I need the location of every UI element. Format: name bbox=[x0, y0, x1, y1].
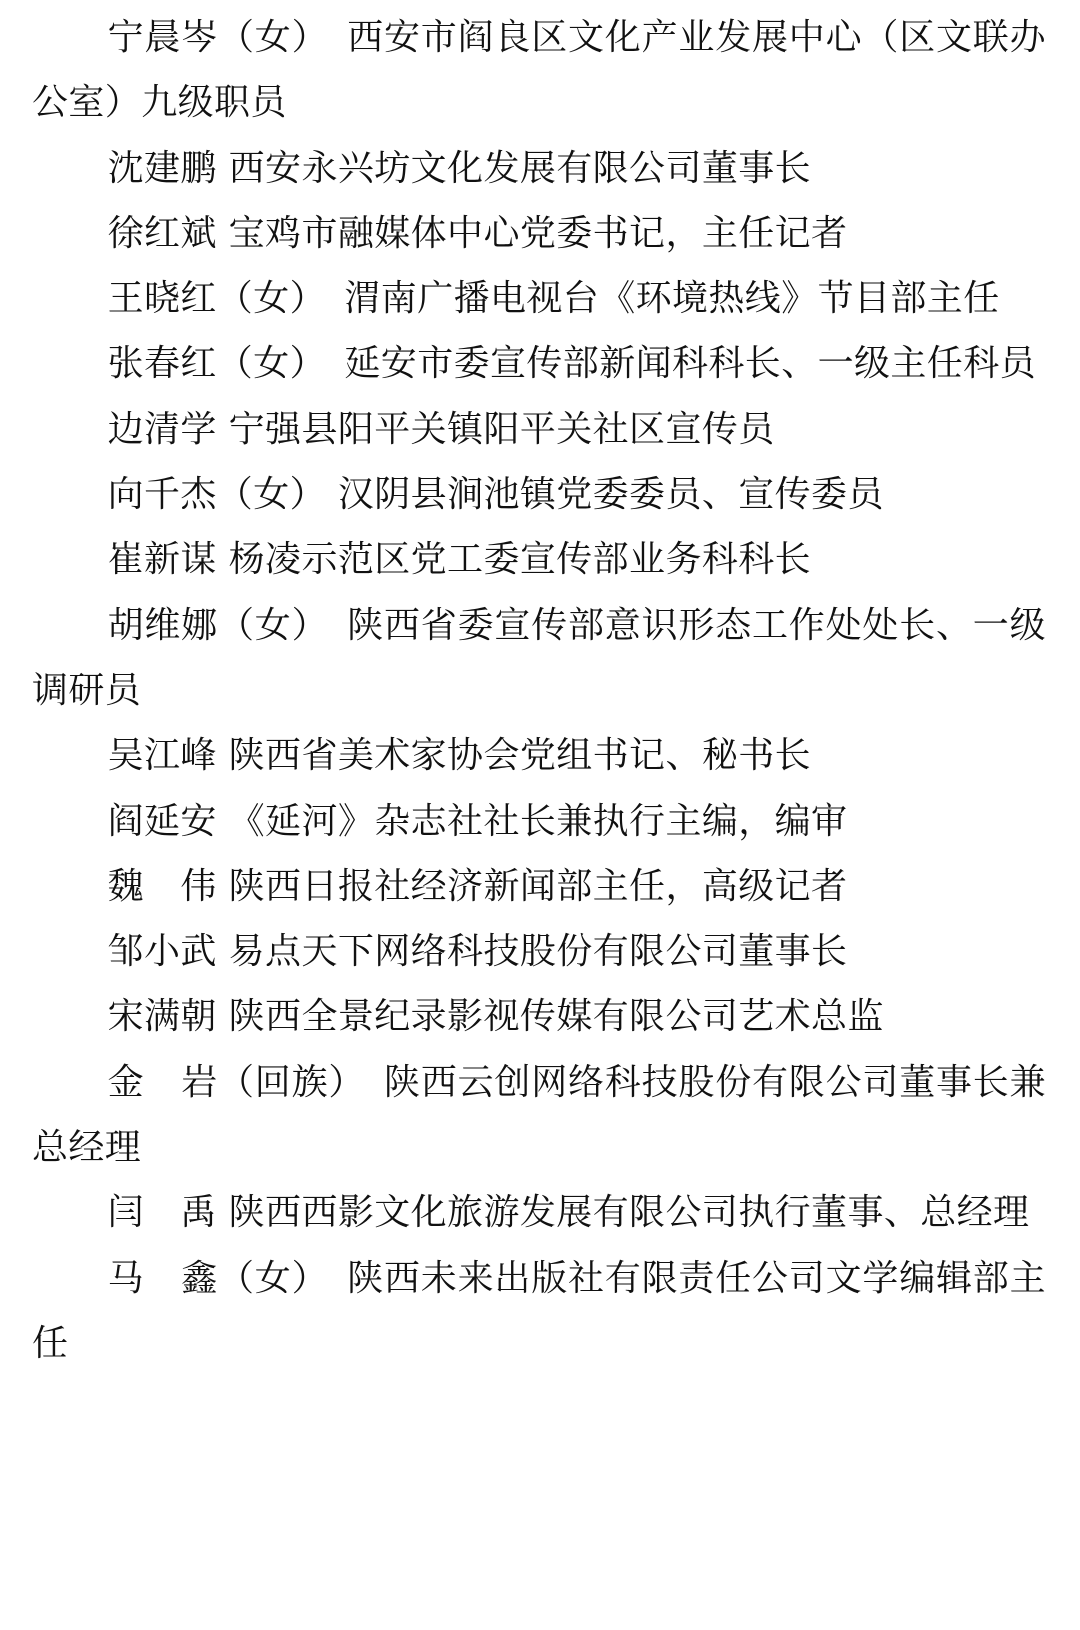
person-name: 崔新谋 bbox=[108, 539, 217, 580]
list-item: 徐红斌 宝鸡市融媒体中心党委书记，主任记者 bbox=[32, 201, 1046, 266]
person-name: 邹小武 bbox=[108, 931, 217, 972]
person-name: 阎延安 bbox=[108, 801, 217, 842]
list-item: 王晓红（女） 渭南广播电视台《环境热线》节目部主任 bbox=[32, 266, 1046, 331]
person-title: 汉阴县涧池镇党委委员、宣传委员 bbox=[338, 474, 884, 515]
separator bbox=[217, 866, 229, 907]
separator bbox=[310, 605, 347, 646]
person-name: 闫 禹 bbox=[108, 1192, 217, 1233]
document-body: 宁晨岑（女） 西安市阎良区文化产业发展中心（区文联办公室）九级职员 沈建鹏 西安… bbox=[0, 0, 1080, 1376]
list-item: 胡维娜（女） 陕西省委宣传部意识形态工作处处长、一级调研员 bbox=[32, 593, 1046, 724]
list-item: 吴江峰 陕西省美术家协会党组书记、秘书长 bbox=[32, 723, 1046, 788]
person-title: 陕西日报社经济新闻部主任，高级记者 bbox=[229, 866, 848, 907]
separator bbox=[217, 931, 229, 972]
list-item: 向千杰（女） 汉阴县涧池镇党委委员、宣传委员 bbox=[32, 462, 1046, 527]
separator bbox=[217, 801, 229, 842]
person-name: 金 岩（回族） bbox=[108, 1062, 348, 1103]
person-title: 杨凌示范区党工委宣传部业务科科长 bbox=[229, 539, 811, 580]
person-title: 宁强县阳平关镇阳平关社区宣传员 bbox=[229, 409, 775, 450]
separator bbox=[217, 539, 229, 580]
person-title: 陕西全景纪录影视传媒有限公司艺术总监 bbox=[229, 996, 884, 1037]
separator bbox=[217, 735, 229, 776]
person-name: 张春红（女） bbox=[108, 343, 308, 384]
list-item: 闫 禹 陕西西影文化旅游发展有限公司执行董事、总经理 bbox=[32, 1180, 1046, 1245]
person-title: 易点天下网络科技股份有限公司董事长 bbox=[229, 931, 848, 972]
person-title: 陕西省美术家协会党组书记、秘书长 bbox=[229, 735, 811, 776]
list-item: 沈建鹏 西安永兴坊文化发展有限公司董事长 bbox=[32, 136, 1046, 201]
list-item: 马 鑫（女） 陕西未来出版社有限责任公司文学编辑部主任 bbox=[32, 1246, 1046, 1377]
person-name: 魏 伟 bbox=[108, 866, 217, 907]
person-name: 王晓红（女） bbox=[108, 278, 308, 319]
list-item: 阎延安 《延河》杂志社社长兼执行主编，编审 bbox=[32, 789, 1046, 854]
person-title: 陕西西影文化旅游发展有限公司执行董事、总经理 bbox=[229, 1192, 1030, 1233]
person-title: 西安永兴坊文化发展有限公司董事长 bbox=[229, 148, 811, 189]
separator bbox=[217, 148, 229, 189]
separator bbox=[347, 1062, 384, 1103]
person-title: 渭南广播电视台《环境热线》节目部主任 bbox=[344, 278, 999, 319]
person-title: 延安市委宣传部新闻科科长、一级主任科员 bbox=[344, 343, 1036, 384]
list-item: 边清学 宁强县阳平关镇阳平关社区宣传员 bbox=[32, 397, 1046, 462]
list-item: 邹小武 易点天下网络科技股份有限公司董事长 bbox=[32, 919, 1046, 984]
person-name: 宋满朝 bbox=[108, 996, 217, 1037]
list-item: 张春红（女） 延安市委宣传部新闻科科长、一级主任科员 bbox=[32, 331, 1046, 396]
list-item: 宋满朝 陕西全景纪录影视传媒有限公司艺术总监 bbox=[32, 984, 1046, 1049]
list-item: 崔新谋 杨凌示范区党工委宣传部业务科科长 bbox=[32, 527, 1046, 592]
person-name: 徐红斌 bbox=[108, 213, 217, 254]
person-name: 沈建鹏 bbox=[108, 148, 217, 189]
separator bbox=[217, 1192, 229, 1233]
person-name: 吴江峰 bbox=[108, 735, 217, 776]
separator bbox=[310, 17, 347, 58]
person-name: 宁晨岑（女） bbox=[108, 17, 311, 58]
person-name: 边清学 bbox=[108, 409, 217, 450]
separator bbox=[308, 343, 344, 384]
separator bbox=[308, 278, 344, 319]
person-name: 胡维娜（女） bbox=[108, 605, 311, 646]
person-title: 《延河》杂志社社长兼执行主编，编审 bbox=[229, 801, 848, 842]
person-title: 宝鸡市融媒体中心党委书记，主任记者 bbox=[229, 213, 848, 254]
list-item: 宁晨岑（女） 西安市阎良区文化产业发展中心（区文联办公室）九级职员 bbox=[32, 5, 1046, 136]
list-item: 魏 伟 陕西日报社经济新闻部主任，高级记者 bbox=[32, 854, 1046, 919]
separator bbox=[217, 409, 229, 450]
separator bbox=[217, 213, 229, 254]
person-name: 马 鑫（女） bbox=[108, 1258, 311, 1299]
list-item: 金 岩（回族） 陕西云创网络科技股份有限公司董事长兼总经理 bbox=[32, 1050, 1046, 1181]
separator bbox=[326, 474, 338, 515]
person-name: 向千杰（女） bbox=[108, 474, 326, 515]
separator bbox=[310, 1258, 347, 1299]
separator bbox=[217, 996, 229, 1037]
